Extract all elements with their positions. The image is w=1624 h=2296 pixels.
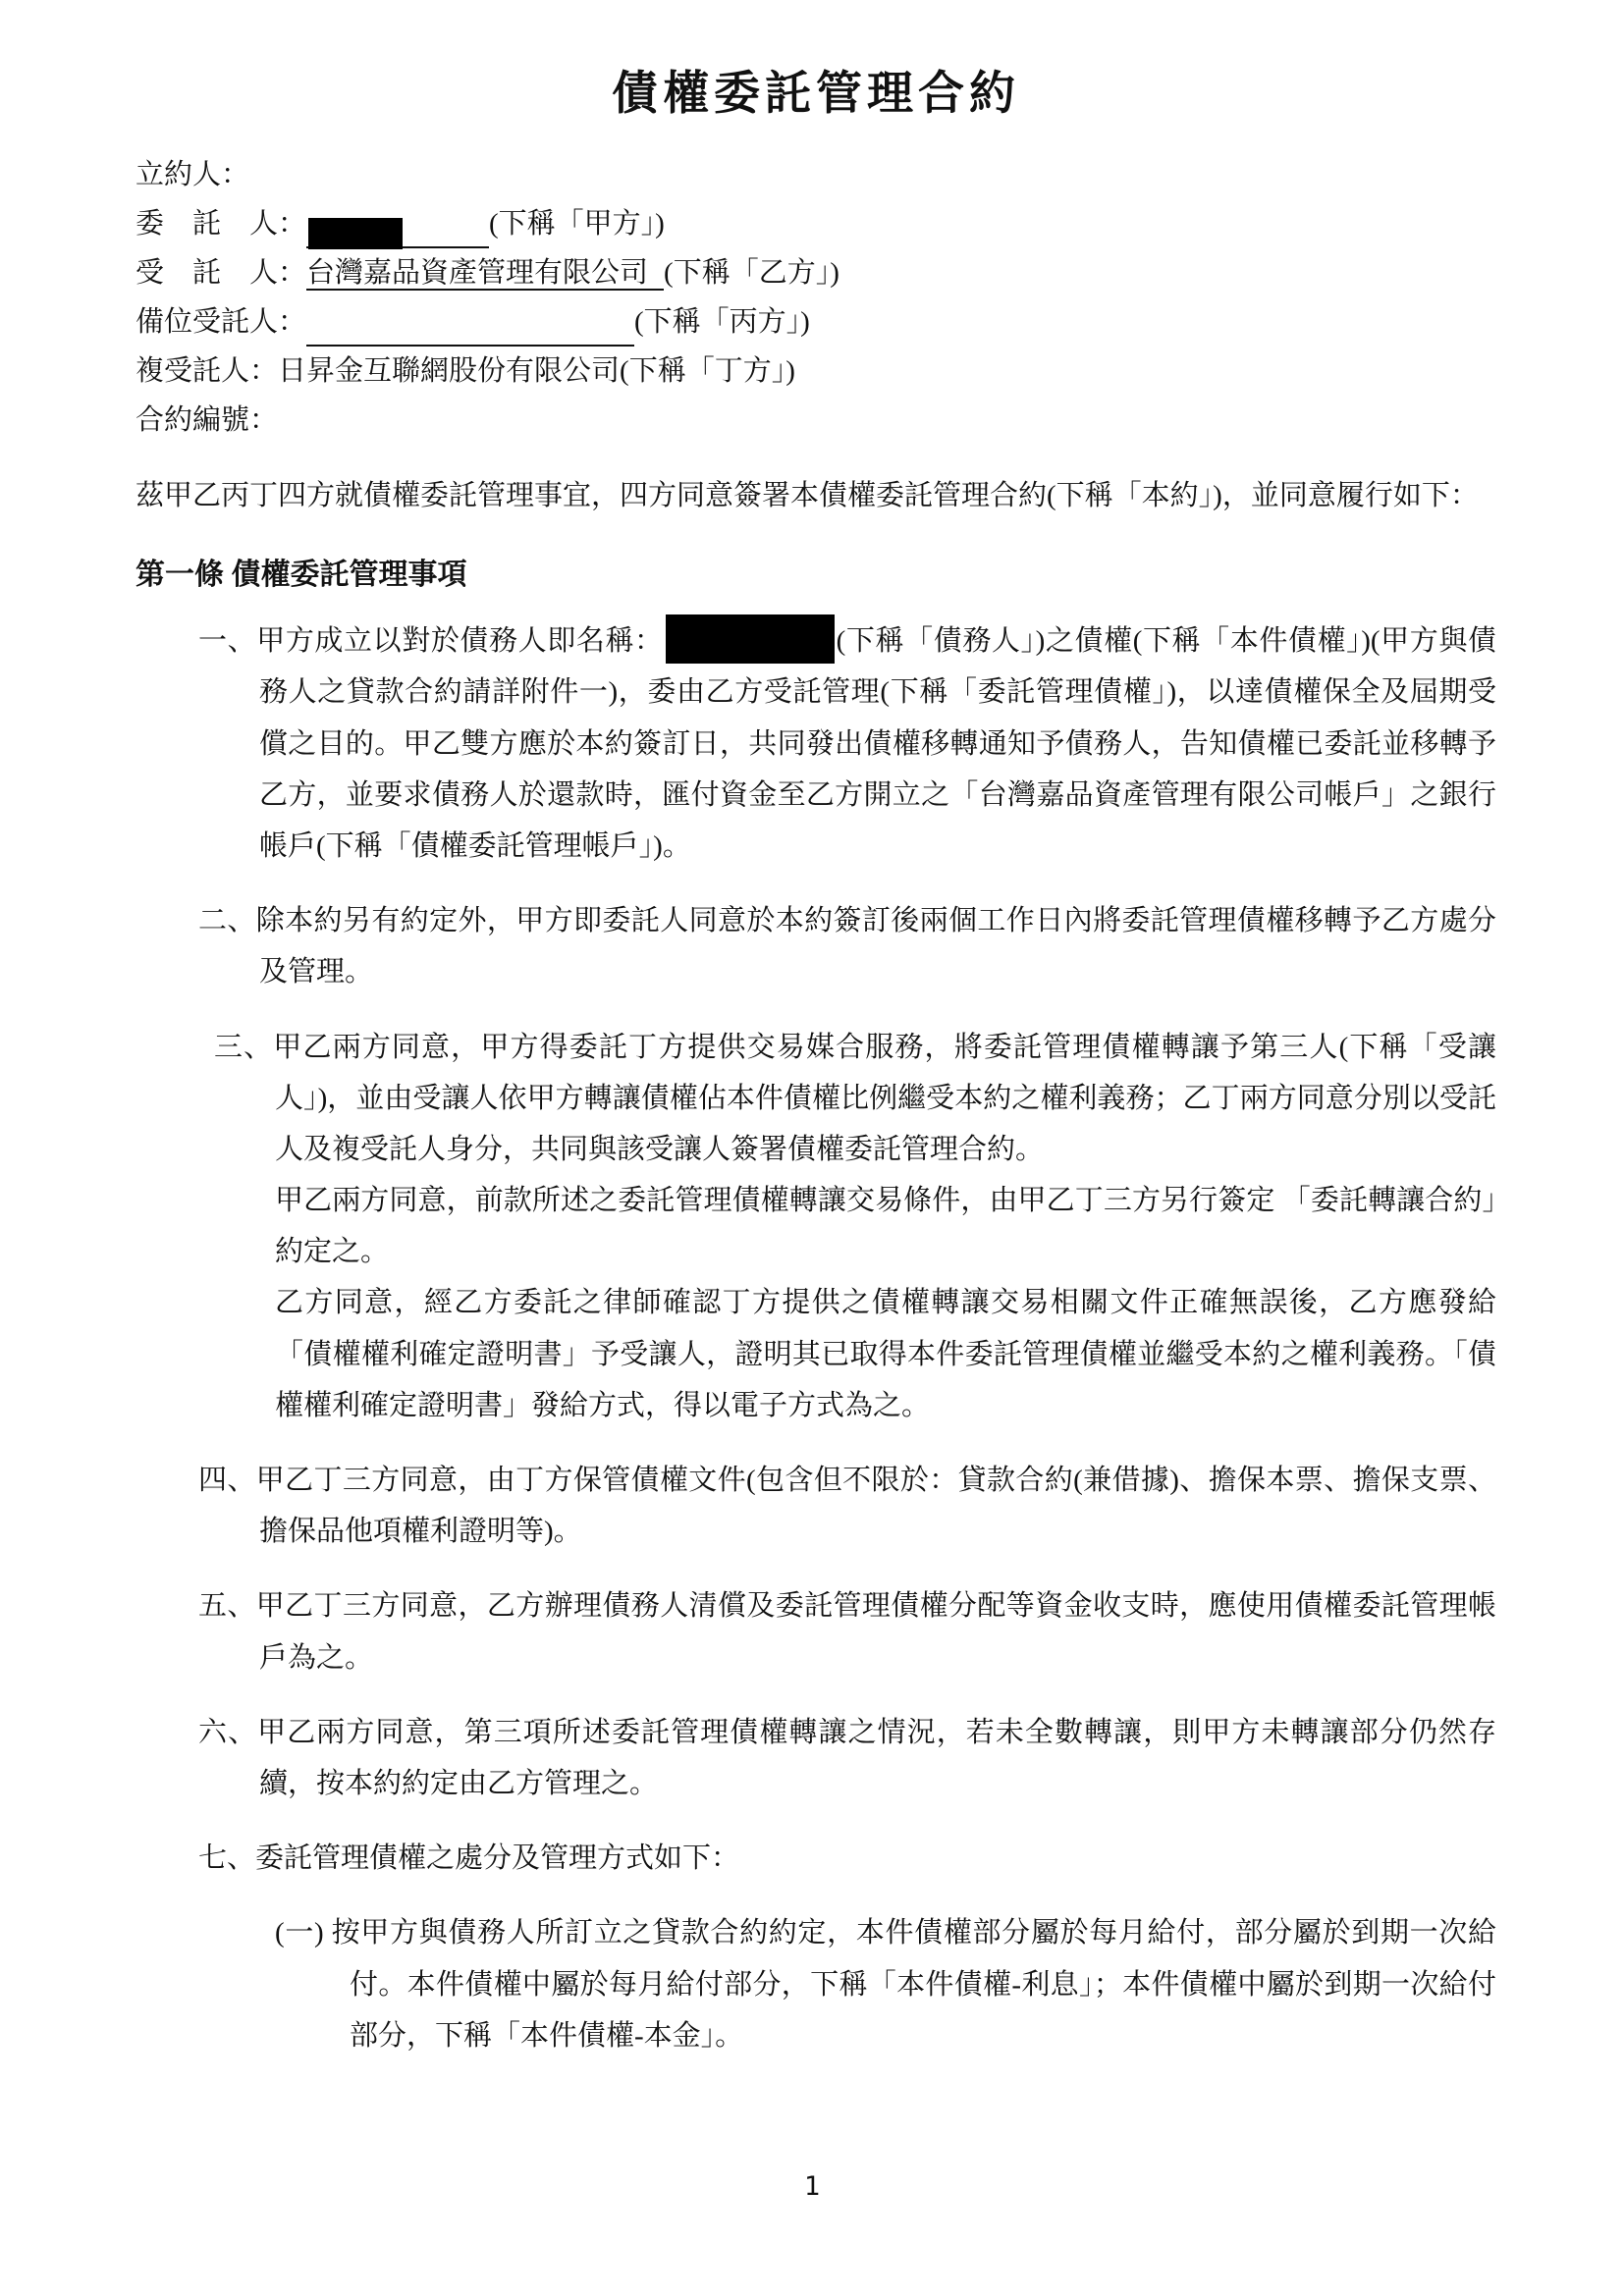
clause-3-paragraph-3: 乙方同意，經乙方委託之律師確認丁方提供之債權轉讓交易相關文件正確無誤後，乙方應發… (275, 1277, 1496, 1431)
clause-1: 一、甲方成立以對於債務人即名稱：(下稱「債務人」)之債權(下稱「本件債權」)(甲… (198, 614, 1496, 872)
contract-number-label: 合約編號： (135, 404, 278, 436)
clause-3-number: 三、 (214, 1032, 273, 1063)
subclause-1-number: (一) (275, 1917, 324, 1949)
clause-4-text: 甲乙丁三方同意，由丁方保管債權文件(包含但不限於：貸款合約(兼借據)、擔保本票、… (256, 1465, 1496, 1547)
sub-trustee-label: 複受託人： (135, 355, 278, 387)
clause-6-text: 甲乙兩方同意，第三項所述委託管理債權轉讓之情況，若未全數轉讓，則甲方未轉讓部分仍… (257, 1717, 1496, 1799)
trustee-label: 受 託 人： (135, 257, 306, 289)
clause-2-number: 二、 (198, 905, 256, 936)
clause-7: 七、委託管理債權之處分及管理方式如下： (198, 1833, 1496, 1884)
clause-3-paragraph-1: 三、甲乙兩方同意，甲方得委託丁方提供交易媒合服務，將委託管理債權轉讓予第三人(下… (275, 1022, 1496, 1176)
clause-1-text-before: 甲方成立以對於債務人即名稱： (256, 625, 663, 657)
party-line-intro: 立約人： (135, 150, 1496, 199)
backup-trustee-label: 備位受託人： (135, 306, 306, 338)
clause-3-paragraph-2: 甲乙兩方同意，前款所述之委託管理債權轉讓交易條件，由甲乙丁三方另行簽定 「委託轉… (275, 1175, 1496, 1277)
party-line-trustee: 受 託 人：台灣嘉品資產管理有限公司(下稱「乙方」) (135, 248, 1496, 297)
clause-4-number: 四、 (198, 1465, 256, 1496)
article-1-heading: 第一條 債權委託管理事項 (135, 550, 1496, 593)
backup-trustee-name-blank (306, 309, 634, 347)
trustee-name: 台灣嘉品資產管理有限公司 (306, 257, 664, 291)
redaction-box (666, 614, 835, 664)
principal-label: 委 託 人： (135, 208, 306, 240)
intro-label: 立約人： (135, 159, 249, 190)
preamble: 茲甲乙丙丁四方就債權委託管理事宜，四方同意簽署本債權委託管理合約(下稱「本約」)… (135, 470, 1496, 521)
subclause-1-text: 按甲方與債務人所訂立之貸款合約約定，本件債權部分屬於每月給付，部分屬於到期一次給… (332, 1917, 1496, 2051)
trustee-suffix: (下稱「乙方」) (664, 257, 839, 289)
clause-7-subclause-1: (一) 按甲方與債務人所訂立之貸款合約約定，本件債權部分屬於每月給付，部分屬於到… (275, 1907, 1496, 2061)
clause-6: 六、甲乙兩方同意，第三項所述委託管理債權轉讓之情況，若未全數轉讓，則甲方未轉讓部… (198, 1707, 1496, 1809)
clause-5-text: 甲乙丁三方同意，乙方辦理債務人清償及委託管理債權分配等資金收支時，應使用債權委託… (256, 1590, 1496, 1673)
clause-1-text-after: (下稱「債務人」)之債權(下稱「本件債權」)(甲方與債務人之貸款合約請詳附件一)… (259, 625, 1496, 862)
clause-3: 三、甲乙兩方同意，甲方得委託丁方提供交易媒合服務，將委託管理債權轉讓予第三人(下… (214, 1022, 1496, 1432)
clause-6-number: 六、 (198, 1717, 257, 1748)
page-title: 債權委託管理合約 (135, 57, 1496, 123)
party-line-backup-trustee: 備位受託人：(下稱「丙方」) (135, 297, 1496, 347)
clause-2: 二、除本約另有約定外，甲方即委託人同意於本約簽訂後兩個工作日內將委託管理債權移轉… (198, 895, 1496, 997)
clause-1-number: 一、 (198, 625, 256, 657)
clause-7-text: 委託管理債權之處分及管理方式如下： (255, 1842, 739, 1874)
sub-trustee-name: 日昇金互聯網股份有限公司 (278, 355, 620, 387)
contract-page: 債權委託管理合約 立約人： 委 託 人：(下稱「甲方」) 受 託 人：台灣嘉品資… (0, 0, 1624, 2296)
clause-5: 五、甲乙丁三方同意，乙方辦理債務人清償及委託管理債權分配等資金收支時，應使用債權… (198, 1580, 1496, 1682)
clause-3-paragraph-1-text: 甲乙兩方同意，甲方得委託丁方提供交易媒合服務，將委託管理債權轉讓予第三人(下稱「… (273, 1032, 1496, 1165)
party-line-principal: 委 託 人：(下稱「甲方」) (135, 199, 1496, 248)
backup-trustee-suffix: (下稱「丙方」) (634, 306, 810, 338)
clause-5-number: 五、 (198, 1590, 256, 1622)
clause-2-text: 除本約另有約定外，甲方即委託人同意於本約簽訂後兩個工作日內將委託管理債權移轉予乙… (256, 905, 1496, 988)
sub-trustee-suffix: (下稱「丁方」) (620, 355, 795, 387)
clause-4: 四、甲乙丁三方同意，由丁方保管債權文件(包含但不限於：貸款合約(兼借據)、擔保本… (198, 1455, 1496, 1557)
redaction-box (308, 218, 403, 249)
contract-number-line: 合約編號： (135, 396, 1496, 445)
principal-suffix: (下稱「甲方」) (489, 208, 665, 240)
principal-name-blank (306, 211, 489, 248)
party-line-sub-trustee: 複受託人：日昇金互聯網股份有限公司(下稱「丁方」) (135, 347, 1496, 396)
page-number: 1 (0, 2171, 1624, 2202)
clause-7-number: 七、 (198, 1842, 255, 1874)
